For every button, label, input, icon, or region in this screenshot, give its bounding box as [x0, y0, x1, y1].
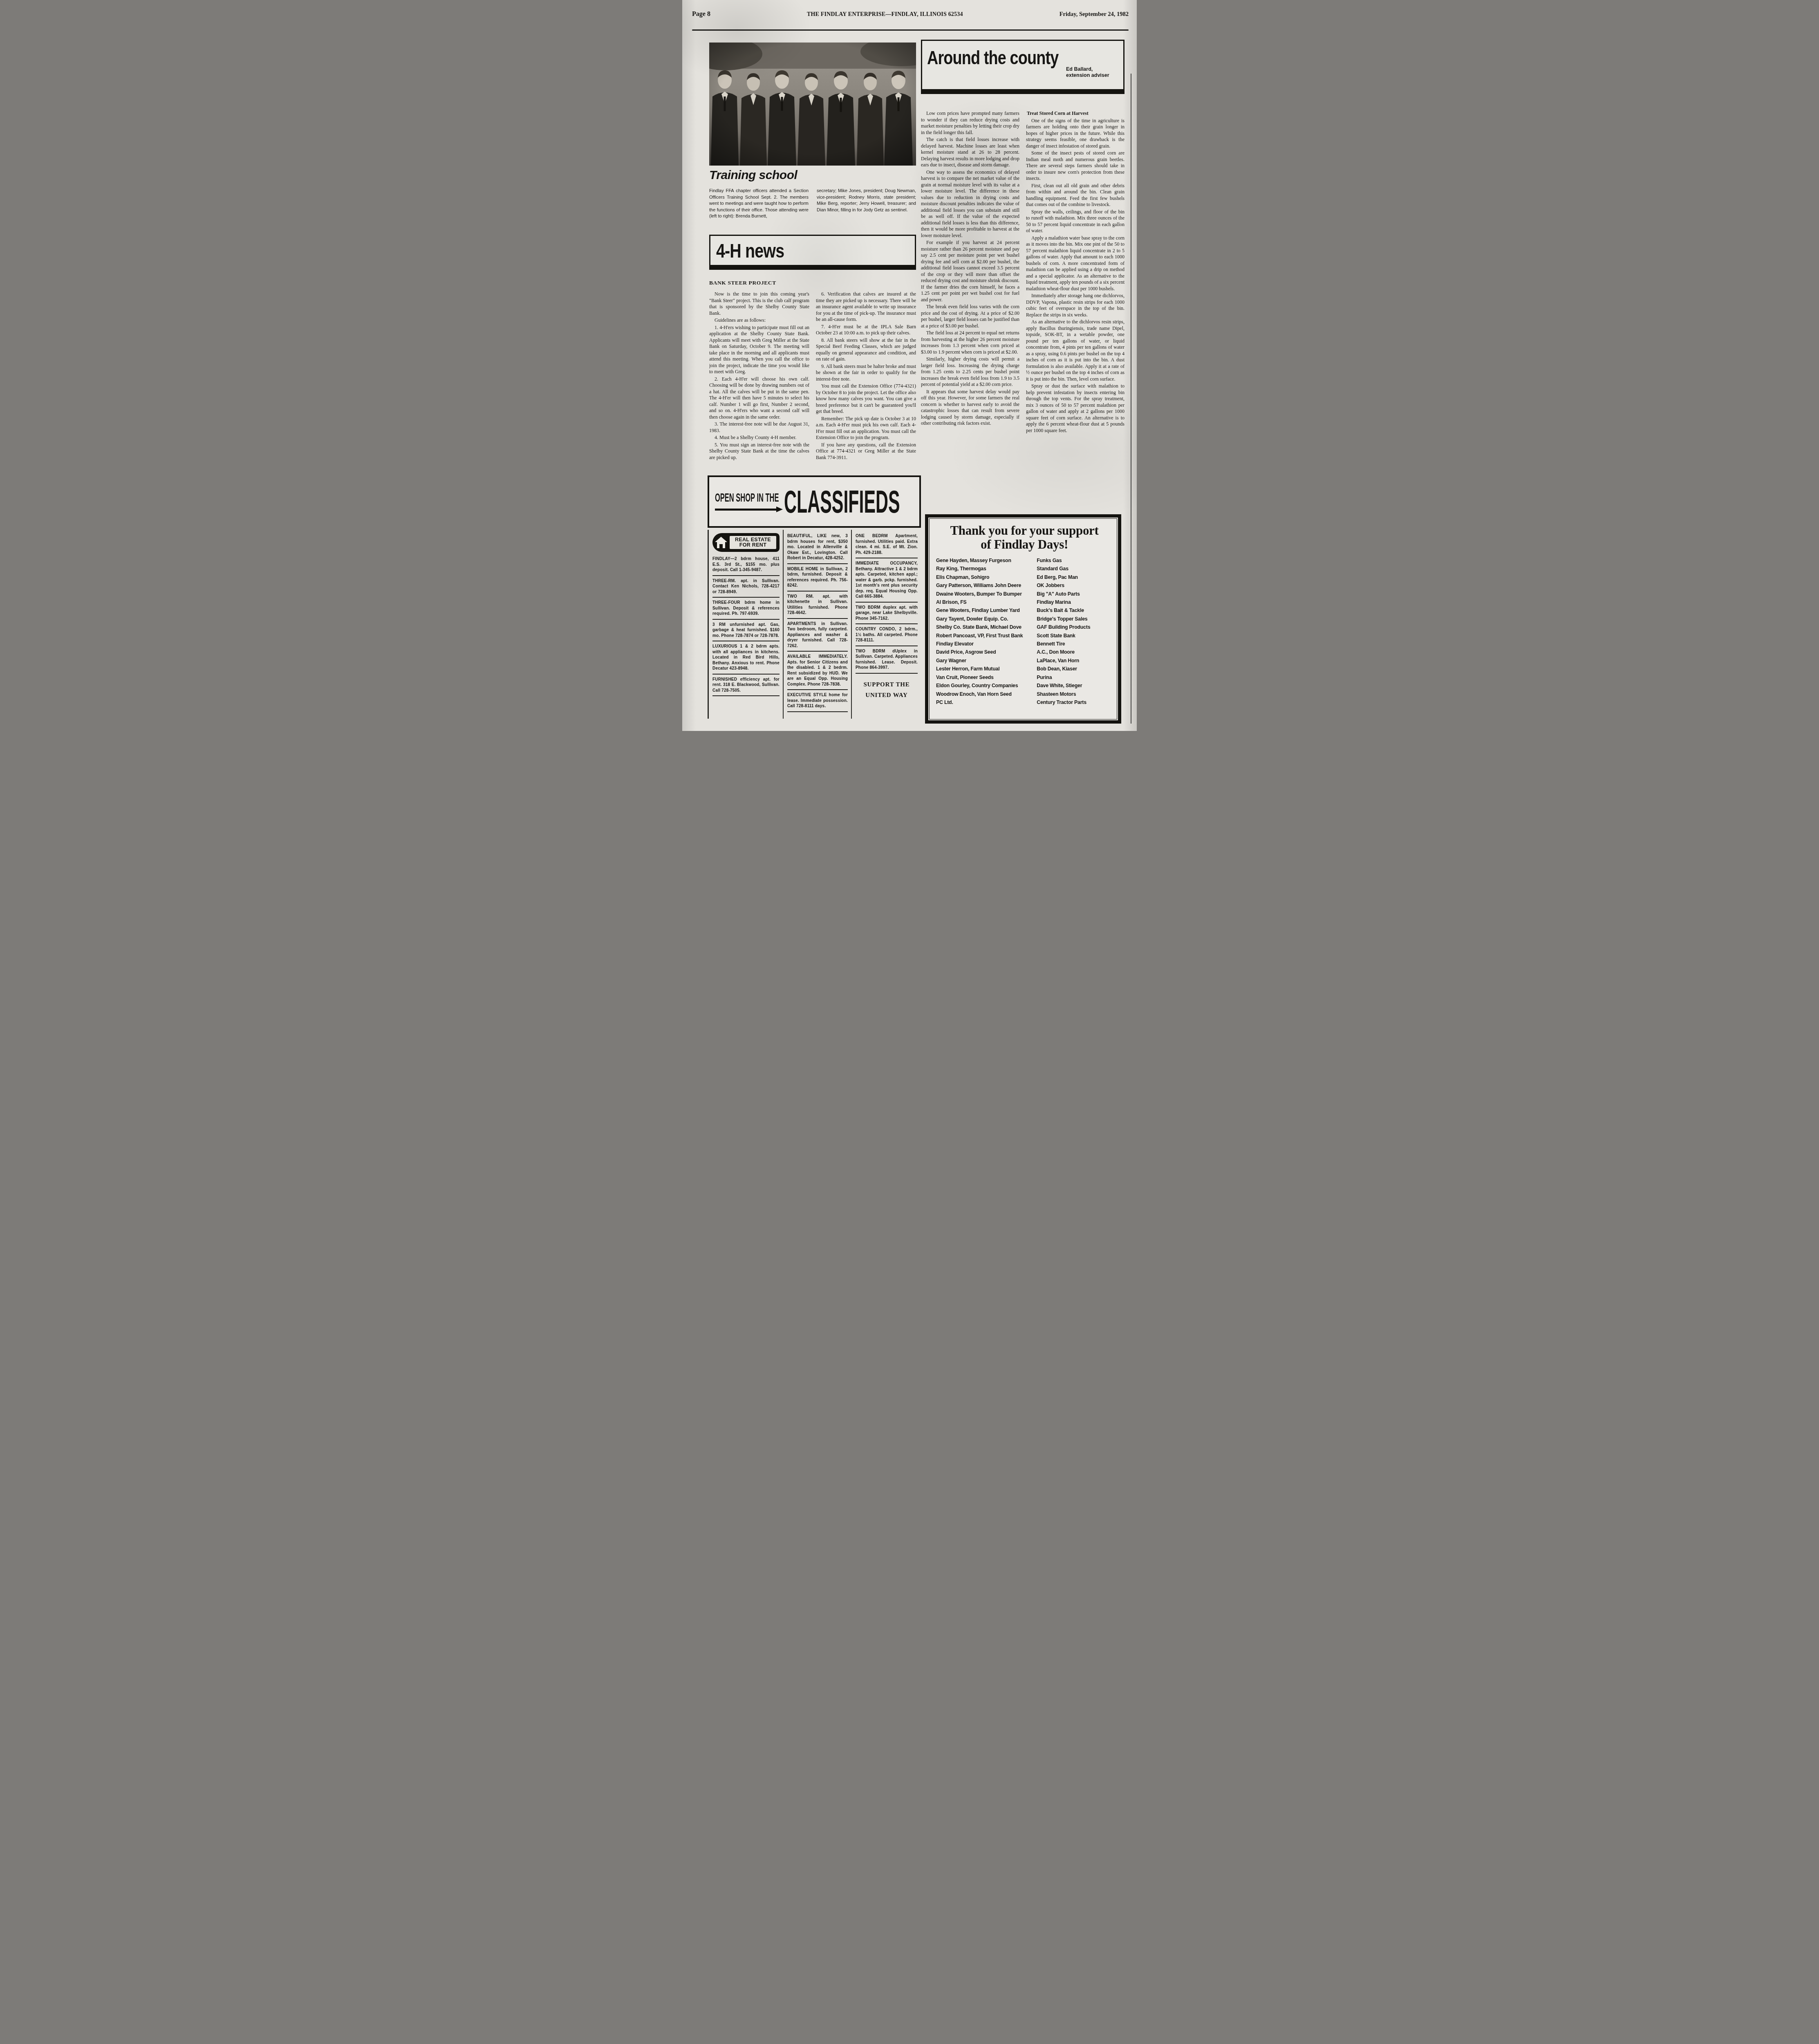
classified-ad: TWO BDRM duplex apt. with garage, near L… — [856, 604, 918, 625]
page-edge-line — [1131, 74, 1131, 724]
article-paragraph: Some of the insect pests of stored corn … — [1026, 150, 1125, 182]
supporter-name: Eldon Gourley, Country Companies — [936, 681, 1037, 690]
supporter-list-1: Gene Hayden, Massey FurgesonRay King, Th… — [936, 556, 1037, 706]
classified-ad: THREE-FOUR bdrm home in Sullivan. Deposi… — [712, 599, 780, 620]
classifieds-column-2: BEAUTIFUL, LIKE new, 3 bdrm houses for r… — [783, 530, 851, 719]
classified-ad: LUXURIOUS 1 & 2 bdrm apts. with all appl… — [712, 643, 780, 675]
article-paragraph: 6. Verification that calves are insured … — [816, 291, 916, 323]
columnist-byline: Ed Ballard, extension adviser — [1066, 66, 1122, 78]
section-title: Around the county — [927, 47, 1058, 69]
article-paragraph: 9. All bank steers must be halter broke … — [816, 363, 916, 383]
publication-date: Friday, September 24, 1982 — [1060, 11, 1129, 18]
classified-ad: MOBILE HOME in Sullivan, 2 bdrm, furnish… — [787, 565, 848, 592]
supporter-name: Big "A" Auto Parts — [1037, 590, 1113, 598]
united-way-notice: SUPPORT THE UNITED WAY — [856, 679, 918, 701]
real-estate-for-rent-badge: REAL ESTATE FOR RENT — [712, 533, 780, 552]
classified-ad: IMMEDIATE OCCUPANCY, Bethany. Attractive… — [856, 560, 918, 603]
newspaper-masthead: THE FINDLAY ENTERPRISE—FINDLAY, ILLINOIS… — [807, 11, 963, 18]
page-header: Page 8 THE FINDLAY ENTERPRISE—FINDLAY, I… — [692, 11, 1129, 18]
ad-title-line-2: of Findlay Days! — [936, 538, 1113, 551]
classified-ad: EXECUTIVE STYLE home for lease. Immediat… — [787, 691, 848, 712]
supporter-name: Van Cruit, Pioneer Seeds — [936, 673, 1037, 681]
article-paragraph: As an alternative to the dichlorvos resi… — [1026, 319, 1125, 382]
supporter-name: Gene Wooters, Findlay Lumber Yard — [936, 606, 1037, 614]
classified-ad: AVAILABLE IMMEDIATELY. Apts. for Senior … — [787, 653, 848, 690]
page-number: Page 8 — [692, 11, 710, 18]
supporter-name: Gary Patterson, Williams John Deere — [936, 581, 1037, 589]
article-paragraph: 5. You must sign an interest-free note w… — [709, 442, 809, 461]
supporter-name: PC Ltd. — [936, 698, 1037, 706]
article-heading: BANK STEER PROJECT — [709, 280, 776, 286]
article-paragraph: 8. All bank steers will show at the fair… — [816, 337, 916, 363]
supporter-name: LaPlace, Van Horn — [1037, 657, 1113, 665]
article-paragraph: Immediately after storage hang one dichl… — [1026, 293, 1125, 318]
classified-ad: THREE-RM. apt. in Sullivan. Contact Ken … — [712, 577, 780, 598]
article-paragraph: If you have any questions, call the Exte… — [816, 442, 916, 461]
findlay-days-ad-inner: Thank you for your support of Findlay Da… — [929, 518, 1117, 719]
supporter-name: Buck's Bait & Tackle — [1037, 606, 1113, 614]
supporter-columns: Gene Hayden, Massey FurgesonRay King, Th… — [936, 556, 1113, 706]
article-paragraph: Low corn prices have prompted many farme… — [921, 110, 1019, 136]
caption-column-2: secretary; Mike Jones, president; Doug N… — [817, 188, 916, 220]
classified-ad-list: FINDLAY—2 bdrm house, 411 E.S. 3rd St., … — [712, 555, 780, 696]
classified-ad-list: BEAUTIFUL, LIKE new, 3 bdrm houses for r… — [787, 532, 848, 712]
article-column-2: Treat Stored Corn at Harvest One of the … — [1026, 110, 1125, 506]
ad-title: Thank you for your support of Findlay Da… — [936, 524, 1113, 551]
article-paragraph: It appears that some harvest delay would… — [921, 389, 1019, 427]
article-paragraph: First, clean out all old grain and other… — [1026, 183, 1125, 208]
article-paragraph: 1. 4-H'ers wishing to participate must f… — [709, 325, 809, 375]
article-paragraph: For example if you harvest at 24 percent… — [921, 240, 1019, 303]
supporter-name: Findlay Elevator — [936, 640, 1037, 648]
supporter-name: Ray King, Thermogas — [936, 565, 1037, 573]
article-paragraph: Apply a malathion water base spray to th… — [1026, 235, 1125, 292]
photo-headline: Training school — [709, 168, 797, 182]
article-paragraph: You must call the Extension Office (774-… — [816, 383, 916, 415]
classifieds-title: CLASSIFIEDS — [784, 483, 900, 520]
article-paragraph: One way to assess the economics of delay… — [921, 169, 1019, 239]
photo-illustration — [709, 43, 916, 166]
article-paragraph: Spray the walls, ceilings, and floor of … — [1026, 209, 1125, 234]
supporter-name: Scott State Bank — [1037, 632, 1113, 640]
supporter-name: Findlay Marina — [1037, 598, 1113, 606]
around-the-county-header: Around the county Ed Ballard, extension … — [921, 40, 1125, 94]
article-column-1: Low corn prices have prompted many farme… — [921, 110, 1019, 506]
supporter-name: Standard Gas — [1037, 565, 1113, 573]
ad-title-line-1: Thank you for your support — [936, 524, 1113, 538]
united-way-line-1: SUPPORT THE — [856, 679, 918, 690]
supporter-name: Dave White, Stieger — [1037, 681, 1113, 690]
supporter-name: Ed Berg, Pac Man — [1037, 573, 1113, 581]
article-paragraph: The catch is that field losses increase … — [921, 137, 1019, 168]
badge-label: REAL ESTATE FOR RENT — [729, 535, 777, 550]
supporter-name: Gary Tayent, Dowler Equip. Co. — [936, 615, 1037, 623]
supporter-name: Bob Dean, Kiaser — [1037, 665, 1113, 673]
classifieds-column-3: ONE BEDRM Apartment, furnished. Utilitie… — [851, 530, 921, 719]
article-paragraph: Spray or dust the surface with malathion… — [1026, 383, 1125, 434]
supporter-name: A.C., Don Moore — [1037, 648, 1113, 656]
byline-name: Ed Ballard, — [1066, 66, 1122, 72]
ffa-officers-photo — [709, 43, 916, 166]
classifieds-column-1: REAL ESTATE FOR RENT FINDLAY—2 bdrm hous… — [709, 530, 783, 719]
classified-ad: ONE BEDRM Apartment, furnished. Utilitie… — [856, 532, 918, 558]
badge-line-2: FOR RENT — [730, 542, 775, 548]
supporter-name: Gary Wagner — [936, 657, 1037, 665]
article-paragraph: 3. The interest-free note will be due Au… — [709, 421, 809, 434]
classified-ad: FURNISHED efficiency apt. for rent. 318 … — [712, 676, 780, 697]
section-title: 4-H news — [716, 240, 784, 262]
open-shop-label: OPEN SHOP IN THE — [715, 491, 779, 505]
article-paragraph: Now is the time to join this coming year… — [709, 291, 809, 316]
supporter-name: Funks Gas — [1037, 556, 1113, 565]
article-paragraph: 4. Must be a Shelby County 4-H member. — [709, 435, 809, 441]
four-h-news-header: 4-H news — [709, 235, 916, 270]
findlay-days-ad: Thank you for your support of Findlay Da… — [925, 514, 1121, 724]
supporter-name: Bridge's Topper Sales — [1037, 615, 1113, 623]
classified-ad: COUNTRY CONDO, 2 bdrm., 1½ baths. All ca… — [856, 625, 918, 646]
arrow-right-icon — [715, 507, 786, 512]
classifieds-banner: OPEN SHOP IN THE CLASSIFIEDS — [708, 475, 921, 528]
four-h-news-article: Now is the time to join this coming year… — [709, 291, 916, 474]
article-paragraph: 7. 4-H'er must be at the IPLA Sale Barn … — [816, 324, 916, 336]
subsection-heading: Treat Stored Corn at Harvest — [1026, 110, 1125, 117]
supporter-name: Dwaine Wooters, Bumper To Bumper — [936, 590, 1037, 598]
article-paragraph: Remember: The pick up date is October 3 … — [816, 416, 916, 441]
classified-ad: 3 RM unfurnished apt. Gas, garbage & hea… — [712, 621, 780, 642]
byline-role: extension adviser — [1066, 72, 1122, 78]
supporter-name: David Price, Asgrow Seed — [936, 648, 1037, 656]
supporter-name: Elis Chapman, Sohigro — [936, 573, 1037, 581]
supporter-name: Robert Pancoast, VP, First Trust Bank — [936, 632, 1037, 640]
supporter-name: OK Jobbers — [1037, 581, 1113, 589]
supporter-name: Woodrow Enoch, Van Horn Seed — [936, 690, 1037, 698]
article-paragraph: 2. Each 4-H'er will choose his own calf.… — [709, 376, 809, 421]
article-column-1: Now is the time to join this coming year… — [709, 291, 809, 474]
classified-ad: BEAUTIFUL, LIKE new, 3 bdrm houses for r… — [787, 532, 848, 564]
article-paragraph: Similarly, higher drying costs will perm… — [921, 356, 1019, 388]
article-paragraph: One of the signs of the time in agricult… — [1026, 118, 1125, 150]
open-shop-block: OPEN SHOP IN THE — [715, 491, 786, 512]
supporter-name: Al Brison, FS — [936, 598, 1037, 606]
article-column-2: 6. Verification that calves are insured … — [816, 291, 916, 474]
classified-ad: TWO BDRM dUplex in Sullivan. Carpeted. A… — [856, 648, 918, 674]
article-column-2-body: One of the signs of the time in agricult… — [1026, 118, 1125, 434]
supporter-name: Bennett Tire — [1037, 640, 1113, 648]
supporter-name: Purina — [1037, 673, 1113, 681]
classifieds-columns: REAL ESTATE FOR RENT FINDLAY—2 bdrm hous… — [708, 530, 921, 719]
article-paragraph: The field loss at 24 percent to equal ne… — [921, 330, 1019, 355]
supporter-name: Gene Hayden, Massey Furgeson — [936, 556, 1037, 565]
classified-ad: TWO RM. apt. with kitchenette in Sulliva… — [787, 593, 848, 619]
supporter-name: GAF Building Products — [1037, 623, 1113, 631]
classified-ad: APARTMENTS in Sullivan. Two bedroom, ful… — [787, 620, 848, 652]
article-paragraph: Guidelines are as follows: — [709, 317, 809, 324]
supporter-list-2: Funks GasStandard GasEd Berg, Pac ManOK … — [1037, 556, 1113, 706]
supporter-name: Lester Herron, Farm Mutual — [936, 665, 1037, 673]
header-rule — [692, 29, 1129, 31]
caption-column-1: Findlay FFA chapter officers attended a … — [709, 188, 809, 220]
supporter-name: Shasteen Motors — [1037, 690, 1113, 698]
around-the-county-article: Low corn prices have prompted many farme… — [921, 110, 1125, 506]
house-icon — [714, 536, 728, 549]
classified-ad: FINDLAY—2 bdrm house, 411 E.S. 3rd St., … — [712, 555, 780, 576]
supporter-name: Century Tractor Parts — [1037, 698, 1113, 706]
united-way-line-2: UNITED WAY — [856, 690, 918, 701]
newspaper-page: Page 8 THE FINDLAY ENTERPRISE—FINDLAY, I… — [682, 0, 1137, 731]
classified-ad-list: ONE BEDRM Apartment, furnished. Utilitie… — [856, 532, 918, 674]
photo-caption: Findlay FFA chapter officers attended a … — [709, 188, 916, 220]
supporter-name: Shelby Co. State Bank, Michael Dove — [936, 623, 1037, 631]
article-paragraph: The break even field loss varies with th… — [921, 304, 1019, 329]
